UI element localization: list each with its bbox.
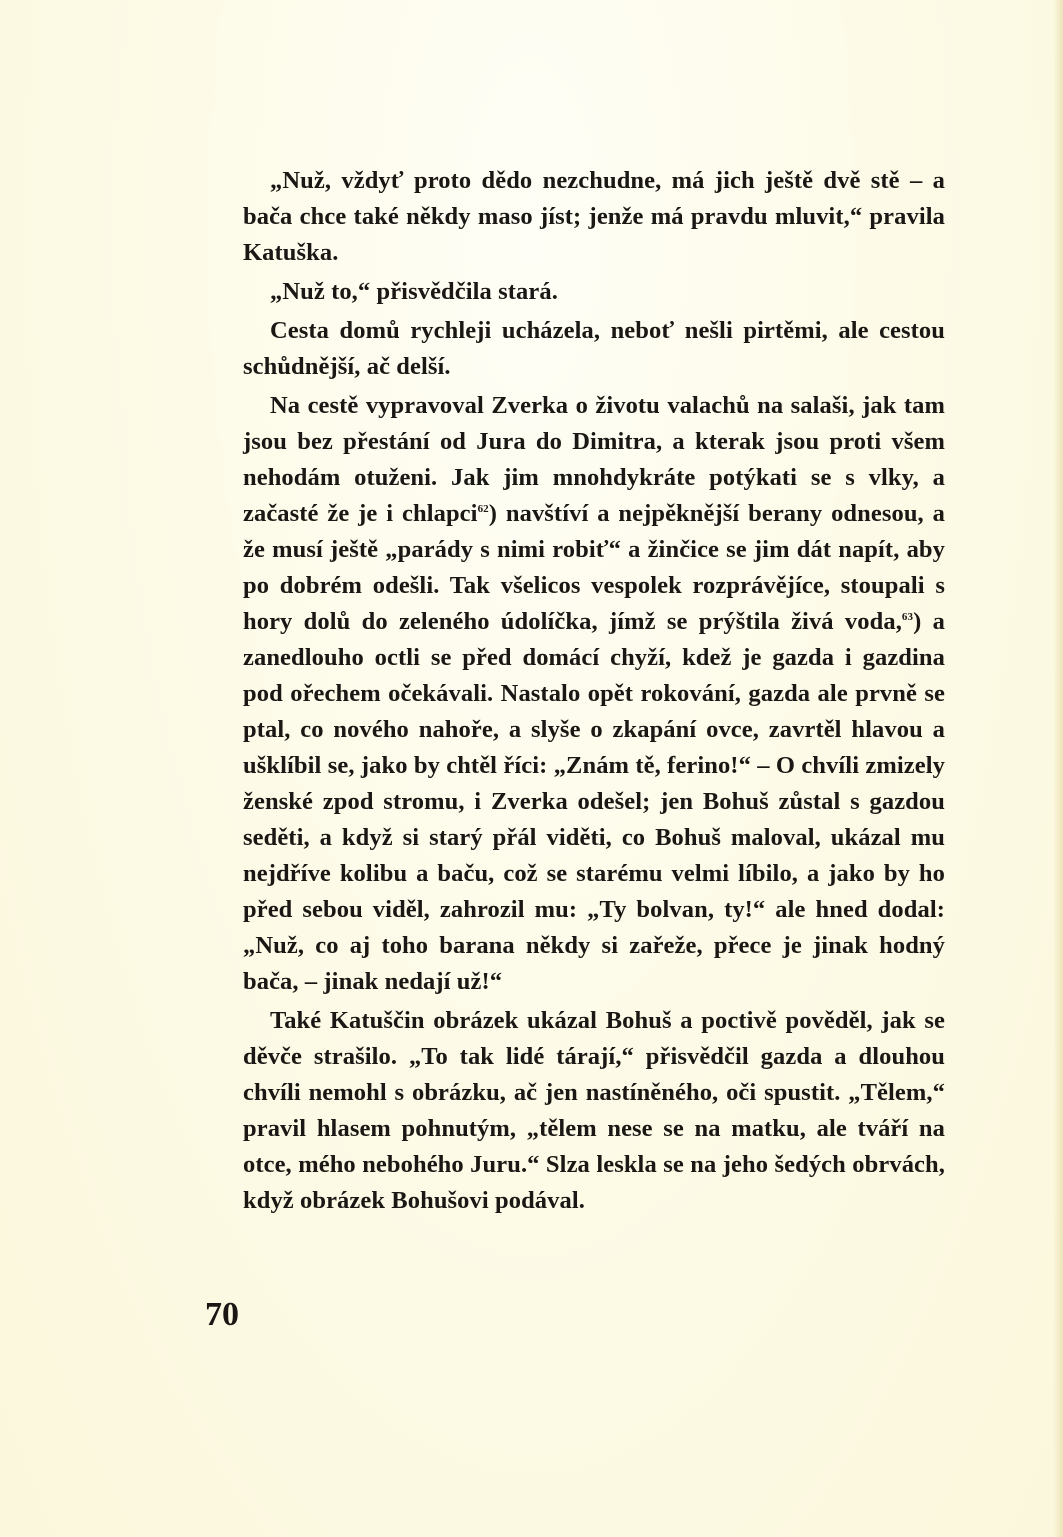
paragraph-2: „Nuž to,“ přisvědčila stará. xyxy=(243,274,945,310)
paragraph-4: Na cestě vypravoval Zverka o životu vala… xyxy=(243,388,945,1000)
page-number: 70 xyxy=(205,1296,239,1334)
paragraph-3: Cesta domů rychleji ucházela, neboť nešl… xyxy=(243,313,945,385)
footnote-ref-62: 62 xyxy=(478,503,489,515)
page-edge-shadow xyxy=(1053,0,1063,1537)
footnote-ref-63: 63 xyxy=(902,611,913,623)
paragraph-4-part-3: ) a zanedlouho octli se před domácí chyž… xyxy=(243,608,945,995)
body-text: „Nuž, vždyť proto dědo nezchudne, má jic… xyxy=(243,163,945,1222)
book-page: „Nuž, vždyť proto dědo nezchudne, má jic… xyxy=(0,0,1063,1537)
paragraph-1: „Nuž, vždyť proto dědo nezchudne, má jic… xyxy=(243,163,945,271)
paragraph-5: Také Katuščin obrázek ukázal Bohuš a poc… xyxy=(243,1003,945,1219)
